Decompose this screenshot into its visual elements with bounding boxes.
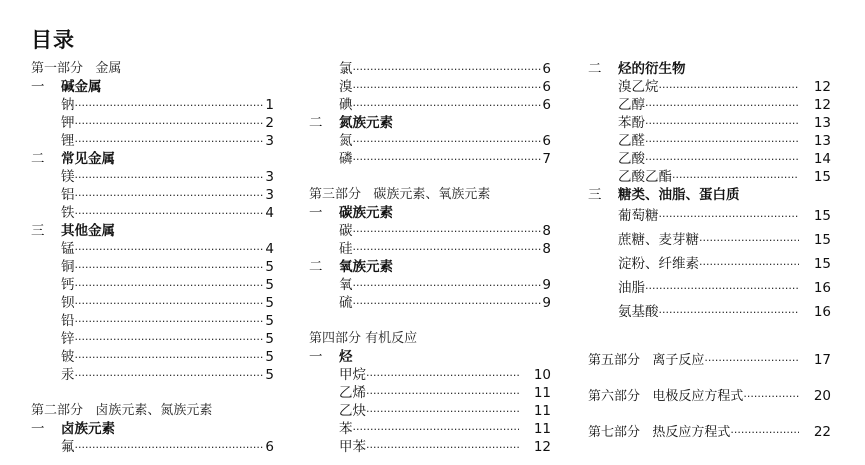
toc-section-heading: 一卤族元素 (31, 420, 274, 438)
page-number: 1 (264, 96, 274, 114)
toc-entry-label: 淀粉、纤维素 (588, 252, 699, 276)
dot-leader (699, 229, 799, 253)
dot-leader (75, 259, 265, 277)
toc-entry-label: 铝 (31, 186, 75, 204)
toc-entry[interactable]: 铝3 (31, 186, 274, 204)
toc-section-heading: 二常见金属 (31, 150, 274, 168)
toc-entry[interactable]: 铍5 (31, 348, 274, 366)
section-title: 碳族元素 (339, 204, 393, 222)
toc-entry-label: 锌 (31, 330, 75, 348)
toc-entry-label: 汞 (31, 366, 75, 384)
page-number: 22 (799, 414, 831, 450)
section-number: 二 (309, 258, 339, 276)
dot-leader (366, 439, 519, 457)
dot-leader (75, 331, 265, 349)
dot-leader (366, 403, 519, 421)
toc-column-2: 氯6溴6碘6二氮族元素氮6磷7第三部分 碳族元素、氧族元素一碳族元素碳8硅8二氧… (309, 60, 551, 456)
page-number: 5 (264, 330, 274, 348)
toc-entry[interactable]: 镁3 (31, 168, 274, 186)
toc-entry-label: 钾 (31, 114, 75, 132)
toc-section-heading: 二氧族元素 (309, 258, 551, 276)
toc-entry[interactable]: 铁4 (31, 204, 274, 222)
page-number: 5 (264, 348, 274, 366)
toc-entry[interactable]: 甲烷10 (309, 366, 551, 384)
toc-entry[interactable]: 氯6 (309, 60, 551, 78)
toc-section-heading: 三糖类、油脂、蛋白质 (588, 186, 831, 204)
section-title: 烃 (339, 348, 353, 366)
page-number: 3 (264, 132, 274, 150)
toc-entry-label: 氯 (309, 60, 353, 78)
toc-column-3: 二烃的衍生物溴乙烷12乙醇12苯酚13乙醛13乙酸14乙酸乙酯15三糖类、油脂、… (588, 60, 831, 450)
toc-entry[interactable]: 乙炔11 (309, 402, 551, 420)
toc-part-label: 第六部分 电极反应方程式 (588, 379, 743, 415)
page-number: 5 (264, 312, 274, 330)
toc-part-heading: 第二部分 卤族元素、氮族元素 (31, 402, 274, 420)
dot-leader (353, 133, 542, 151)
toc-entry-label: 油脂 (588, 276, 645, 300)
section-title: 氧族元素 (339, 258, 393, 276)
page-number: 15 (799, 204, 831, 228)
section-number: 二 (309, 114, 339, 132)
toc-entry[interactable]: 钡5 (31, 294, 274, 312)
dot-leader (353, 151, 542, 169)
toc-entry[interactable]: 锂3 (31, 132, 274, 150)
toc-entry[interactable]: 苯11 (309, 420, 551, 438)
toc-entry[interactable]: 淀粉、纤维素15 (588, 252, 831, 276)
toc-entry[interactable]: 溴6 (309, 78, 551, 96)
page-number: 16 (799, 276, 831, 300)
page-number: 3 (264, 168, 274, 186)
page-number: 4 (264, 204, 274, 222)
page-number: 17 (799, 342, 831, 378)
toc-entry-label: 铍 (31, 348, 75, 366)
section-number: 二 (31, 150, 61, 168)
toc-entry[interactable]: 乙酸乙酯15 (588, 168, 831, 186)
section-number: 三 (31, 222, 61, 240)
toc-entry-label: 苯 (309, 420, 353, 438)
toc-entry[interactable]: 甲苯12 (309, 438, 551, 456)
toc-entry-label: 氮 (309, 132, 353, 150)
toc-entry[interactable]: 氟6 (31, 438, 274, 456)
page-number: 5 (264, 366, 274, 384)
toc-section-heading: 三其他金属 (31, 222, 274, 240)
page-number: 14 (799, 150, 831, 168)
page-number: 4 (264, 240, 274, 258)
toc-entry[interactable]: 第六部分 电极反应方程式20 (588, 378, 831, 414)
toc-entry[interactable]: 钙5 (31, 276, 274, 294)
page-number: 6 (264, 438, 274, 456)
toc-entry-label: 甲苯 (309, 438, 366, 456)
toc-entry-label: 铅 (31, 312, 75, 330)
dot-leader (672, 169, 799, 187)
toc-entry-label: 锂 (31, 132, 75, 150)
dot-leader (75, 205, 265, 223)
toc-entry[interactable]: 氮6 (309, 132, 551, 150)
dot-leader (659, 205, 800, 229)
toc-entry[interactable]: 氧9 (309, 276, 551, 294)
spacer (31, 384, 274, 402)
section-number: 三 (588, 186, 618, 204)
dot-leader (699, 253, 799, 277)
toc-entry[interactable]: 铜5 (31, 258, 274, 276)
section-title: 卤族元素 (61, 420, 115, 438)
page-number: 3 (264, 186, 274, 204)
dot-leader (75, 241, 265, 259)
section-number: 一 (309, 204, 339, 222)
toc-entry[interactable]: 苯酚13 (588, 114, 831, 132)
toc-entry-label: 乙炔 (309, 402, 366, 420)
toc-entry[interactable]: 钠1 (31, 96, 274, 114)
toc-part-label: 第七部分 热反应方程式 (588, 415, 730, 451)
toc-entry[interactable]: 硫9 (309, 294, 551, 312)
toc-entry-label: 氨基酸 (588, 300, 659, 324)
toc-entry[interactable]: 氨基酸16 (588, 300, 831, 324)
toc-entry-label: 锰 (31, 240, 75, 258)
dot-leader (353, 295, 542, 313)
toc-entry-label: 乙醛 (588, 132, 645, 150)
dot-leader (366, 385, 519, 403)
toc-entry[interactable]: 钾2 (31, 114, 274, 132)
dot-leader (645, 133, 799, 151)
page-number: 13 (799, 114, 831, 132)
spacer (309, 312, 551, 330)
toc-entry[interactable]: 乙醇12 (588, 96, 831, 114)
dot-leader (353, 223, 542, 241)
spacer (309, 168, 551, 186)
page-number: 2 (264, 114, 274, 132)
page-number: 6 (541, 60, 551, 78)
toc-section-heading: 二烃的衍生物 (588, 60, 831, 78)
toc-entry[interactable]: 硅8 (309, 240, 551, 258)
toc-entry-label: 氟 (31, 438, 75, 456)
toc-entry-label: 葡萄糖 (588, 204, 659, 228)
dot-leader (75, 313, 265, 331)
toc-entry-label: 钡 (31, 294, 75, 312)
toc-entry-label: 铜 (31, 258, 75, 276)
toc-section-heading: 一碱金属 (31, 78, 274, 96)
toc-entry[interactable]: 碳8 (309, 222, 551, 240)
toc-entry-label: 蔗糖、麦芽糖 (588, 228, 699, 252)
page-number: 11 (519, 420, 551, 438)
section-title: 氮族元素 (339, 114, 393, 132)
dot-leader (659, 79, 800, 97)
toc-entry-label: 钠 (31, 96, 75, 114)
page-number: 15 (799, 228, 831, 252)
page-number: 5 (264, 294, 274, 312)
dot-leader (353, 61, 542, 79)
dot-leader (743, 379, 799, 415)
toc-section-heading: 二氮族元素 (309, 114, 551, 132)
toc-entry[interactable]: 乙烯11 (309, 384, 551, 402)
page-number: 15 (799, 252, 831, 276)
section-title: 碱金属 (61, 78, 102, 96)
page-number: 12 (519, 438, 551, 456)
toc-entry-label: 乙烯 (309, 384, 366, 402)
section-number: 二 (588, 60, 618, 78)
section-title: 烃的衍生物 (618, 60, 686, 78)
toc-part-heading: 第四部分 有机反应 (309, 330, 551, 348)
page-number: 7 (541, 150, 551, 168)
toc-section-heading: 一碳族元素 (309, 204, 551, 222)
toc-entry[interactable]: 乙酸14 (588, 150, 831, 168)
page-number: 11 (519, 402, 551, 420)
toc-entry[interactable]: 乙醛13 (588, 132, 831, 150)
toc-entry[interactable]: 溴乙烷12 (588, 78, 831, 96)
toc-entry-label: 乙酸乙酯 (588, 168, 672, 186)
dot-leader (366, 367, 519, 385)
page-number: 11 (519, 384, 551, 402)
dot-leader (75, 133, 265, 151)
section-number: 一 (31, 78, 61, 96)
section-number: 一 (309, 348, 339, 366)
dot-leader (75, 97, 265, 115)
dot-leader (75, 169, 265, 187)
toc-entry-label: 铁 (31, 204, 75, 222)
page-number: 6 (541, 132, 551, 150)
page-number: 13 (799, 132, 831, 150)
section-title: 糖类、油脂、蛋白质 (618, 186, 740, 204)
dot-leader (730, 415, 799, 451)
page-number: 20 (799, 378, 831, 414)
toc-entry-label: 甲烷 (309, 366, 366, 384)
dot-leader (75, 349, 265, 367)
dot-leader (75, 367, 265, 385)
toc-entry-label: 苯酚 (588, 114, 645, 132)
dot-leader (645, 277, 799, 301)
toc-entry[interactable]: 汞5 (31, 366, 274, 384)
page-number: 5 (264, 258, 274, 276)
page-number: 9 (541, 294, 551, 312)
toc-entry-label: 磷 (309, 150, 353, 168)
dot-leader (75, 115, 265, 133)
toc-part-label: 第五部分 离子反应 (588, 343, 704, 379)
toc-entry[interactable]: 油脂16 (588, 276, 831, 300)
toc-column-1: 第一部分 金属一碱金属钠1钾2锂3二常见金属镁3铝3铁4三其他金属锰4铜5钙5钡… (31, 60, 274, 456)
dot-leader (645, 151, 799, 169)
toc-entry-label: 碳 (309, 222, 353, 240)
page-number: 6 (541, 96, 551, 114)
toc-entry-label: 镁 (31, 168, 75, 186)
page-number: 12 (799, 78, 831, 96)
dot-leader (353, 277, 542, 295)
toc-entry-label: 硫 (309, 294, 353, 312)
dot-leader (353, 241, 542, 259)
toc-entry[interactable]: 第五部分 离子反应17 (588, 342, 831, 378)
toc-entry-label: 硅 (309, 240, 353, 258)
toc-entry[interactable]: 第七部分 热反应方程式22 (588, 414, 831, 450)
dot-leader (659, 301, 800, 325)
toc-entry-label: 溴 (309, 78, 353, 96)
toc-entry[interactable]: 锌5 (31, 330, 274, 348)
dot-leader (75, 295, 265, 313)
page-number: 5 (264, 276, 274, 294)
page-number: 8 (541, 240, 551, 258)
dot-leader (353, 421, 520, 439)
toc-part-heading: 第一部分 金属 (31, 60, 274, 78)
page-number: 16 (799, 300, 831, 324)
page-title: 目录 (31, 24, 75, 54)
toc-entry[interactable]: 蔗糖、麦芽糖15 (588, 228, 831, 252)
section-title: 其他金属 (61, 222, 115, 240)
toc-entry[interactable]: 铅5 (31, 312, 274, 330)
page-number: 8 (541, 222, 551, 240)
dot-leader (75, 187, 265, 205)
toc-entry[interactable]: 磷7 (309, 150, 551, 168)
toc-entry-label: 溴乙烷 (588, 78, 659, 96)
toc-entry[interactable]: 锰4 (31, 240, 274, 258)
dot-leader (704, 343, 799, 379)
dot-leader (353, 79, 542, 97)
dot-leader (75, 277, 265, 295)
dot-leader (645, 97, 799, 115)
toc-entry[interactable]: 碘6 (309, 96, 551, 114)
toc-section-heading: 一烃 (309, 348, 551, 366)
section-title: 常见金属 (61, 150, 115, 168)
page-number: 15 (799, 168, 831, 186)
page-number: 9 (541, 276, 551, 294)
toc-entry-label: 乙酸 (588, 150, 645, 168)
section-number: 一 (31, 420, 61, 438)
toc-entry-label: 碘 (309, 96, 353, 114)
spacer (588, 324, 831, 342)
toc-part-heading: 第三部分 碳族元素、氧族元素 (309, 186, 551, 204)
dot-leader (645, 115, 799, 133)
toc-entry-label: 乙醇 (588, 96, 645, 114)
page-number: 6 (541, 78, 551, 96)
page-number: 12 (799, 96, 831, 114)
page-number: 10 (519, 366, 551, 384)
toc-entry-label: 钙 (31, 276, 75, 294)
toc-entry[interactable]: 葡萄糖15 (588, 204, 831, 228)
toc-entry-label: 氧 (309, 276, 353, 294)
dot-leader (353, 97, 542, 115)
dot-leader (75, 439, 265, 457)
